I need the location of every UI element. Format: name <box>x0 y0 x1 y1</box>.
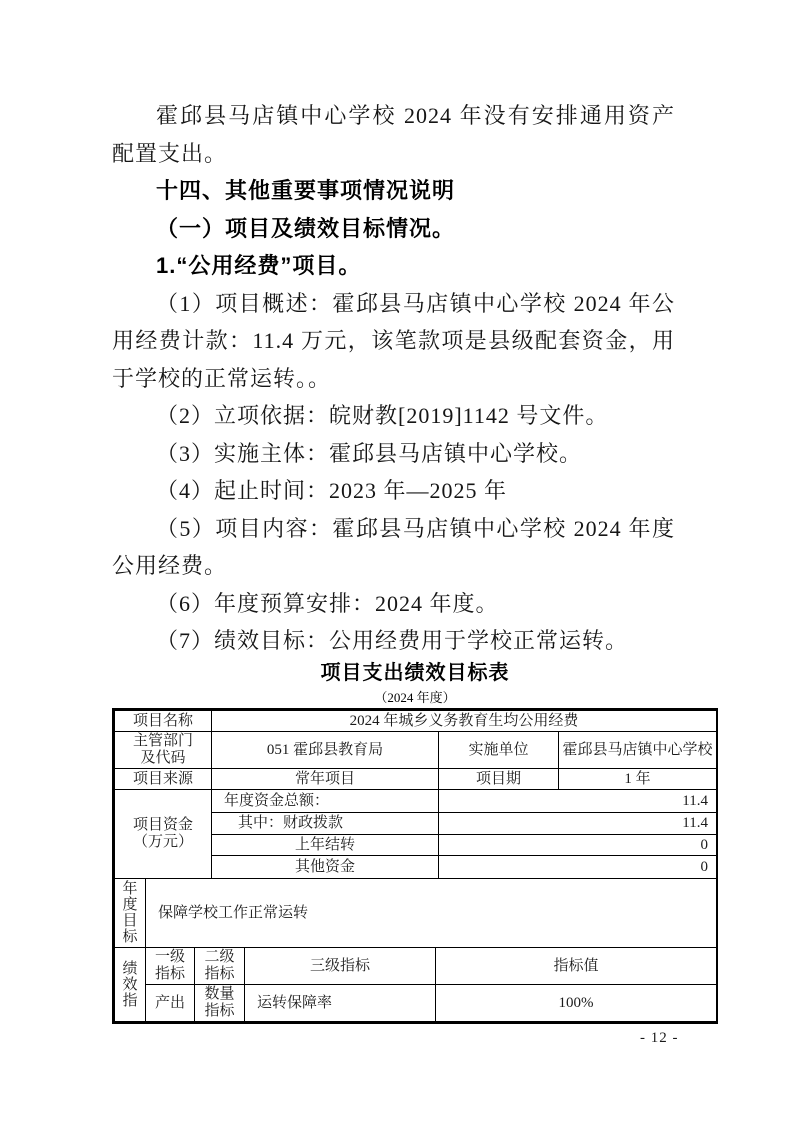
heading-subsection-1: （一）项目及绩效目标情况。 <box>112 210 675 248</box>
indicator-l2-cell: 数量 指标 <box>195 985 245 1022</box>
table-section-annual-goal: 年 度 目 标 保障学校工作正常运转 <box>114 878 717 948</box>
paragraph-project-dates: （4）起止时间：2023 年—2025 年 <box>112 472 675 510</box>
table-section-general: 项目名称 2024 年城乡义务教育生均公用经费 主管部门 及代码 051 霍邱县… <box>114 710 717 879</box>
table-row: 绩 效 指 一级 指标 二级 指标 三级指标 指标值 <box>115 948 717 985</box>
table-row: 项目来源 常年项目 项目期 1 年 <box>115 769 717 790</box>
table-title: 项目支出绩效目标表 <box>112 660 718 686</box>
indicator-l3-header: 三级指标 <box>245 948 436 985</box>
indicator-l3-cell: 运转保障率 <box>245 985 436 1022</box>
indicator-l1-cell: 产出 <box>146 985 195 1022</box>
page-number: - 12 - <box>640 1030 679 1047</box>
indicator-value-cell: 100% <box>436 985 717 1022</box>
project-name-label: 项目名称 <box>115 711 212 732</box>
funds-total-value: 11.4 <box>439 790 717 813</box>
paragraph-project-content: （5）项目内容：霍邱县马店镇中心学校 2024 年度公用经费。 <box>112 510 675 585</box>
funds-carryover-value: 0 <box>439 835 717 856</box>
document-body: 霍邱县马店镇中心学校 2024 年没有安排通用资产配置支出。 十四、其他重要事项… <box>112 97 675 660</box>
annual-goal-label: 年 度 目 标 <box>115 879 146 948</box>
funds-total-label: 年度资金总额： <box>212 790 439 813</box>
document-page: 霍邱县马店镇中心学校 2024 年没有安排通用资产配置支出。 十四、其他重要事项… <box>0 0 793 1122</box>
project-name-value: 2024 年城乡义务教育生均公用经费 <box>212 711 717 732</box>
paragraph-project-entity: （3）实施主体：霍邱县马店镇中心学校。 <box>112 435 675 473</box>
funds-label: 项目资金 （万元） <box>115 790 212 879</box>
heading-project-1: 1.“公用经费”项目。 <box>112 247 675 285</box>
paragraph-project-budget: （6）年度预算安排：2024 年度。 <box>112 585 675 623</box>
table-section-indicators: 绩 效 指 一级 指标 二级 指标 三级指标 指标值 产出 数量 指标 运转保障… <box>114 947 717 1022</box>
paragraph-project-basis: （2）立项依据：皖财教[2019]1142 号文件。 <box>112 397 675 435</box>
funds-carryover-label: 上年结转 <box>212 835 439 856</box>
paragraph-project-goal: （7）绩效目标：公用经费用于学校正常运转。 <box>112 622 675 660</box>
annual-goal-value: 保障学校工作正常运转 <box>146 879 717 948</box>
paragraph-project-summary: （1）项目概述：霍邱县马店镇中心学校 2024 年公用经费计款：11.4 万元，… <box>112 285 675 398</box>
indicators-label: 绩 效 指 <box>115 948 146 1022</box>
funds-other-value: 0 <box>439 856 717 879</box>
period-value: 1 年 <box>559 769 717 790</box>
table-row: 项目名称 2024 年城乡义务教育生均公用经费 <box>115 711 717 732</box>
funds-fiscal-label: 其中：财政拨款 <box>212 813 439 835</box>
indicator-value-header: 指标值 <box>436 948 717 985</box>
impl-unit-value: 霍邱县马店镇中心学校 <box>559 732 717 769</box>
table-row: 年 度 目 标 保障学校工作正常运转 <box>115 879 717 948</box>
table-row: 产出 数量 指标 运转保障率 100% <box>115 985 717 1022</box>
performance-target-table: 项目名称 2024 年城乡义务教育生均公用经费 主管部门 及代码 051 霍邱县… <box>112 708 718 1024</box>
dept-value: 051 霍邱县教育局 <box>212 732 439 769</box>
table-subtitle: （2024 年度） <box>112 690 718 706</box>
period-label: 项目期 <box>439 769 559 790</box>
table-row: 项目资金 （万元） 年度资金总额： 11.4 <box>115 790 717 813</box>
funds-fiscal-value: 11.4 <box>439 813 717 835</box>
funds-other-label: 其他资金 <box>212 856 439 879</box>
paragraph-asset-note: 霍邱县马店镇中心学校 2024 年没有安排通用资产配置支出。 <box>112 97 675 172</box>
indicator-l2-header: 二级 指标 <box>195 948 245 985</box>
impl-unit-label: 实施单位 <box>439 732 559 769</box>
indicator-l1-header: 一级 指标 <box>146 948 195 985</box>
dept-label: 主管部门 及代码 <box>115 732 212 769</box>
source-value: 常年项目 <box>212 769 439 790</box>
table-row: 主管部门 及代码 051 霍邱县教育局 实施单位 霍邱县马店镇中心学校 <box>115 732 717 769</box>
source-label: 项目来源 <box>115 769 212 790</box>
heading-section-14: 十四、其他重要事项情况说明 <box>112 172 675 210</box>
